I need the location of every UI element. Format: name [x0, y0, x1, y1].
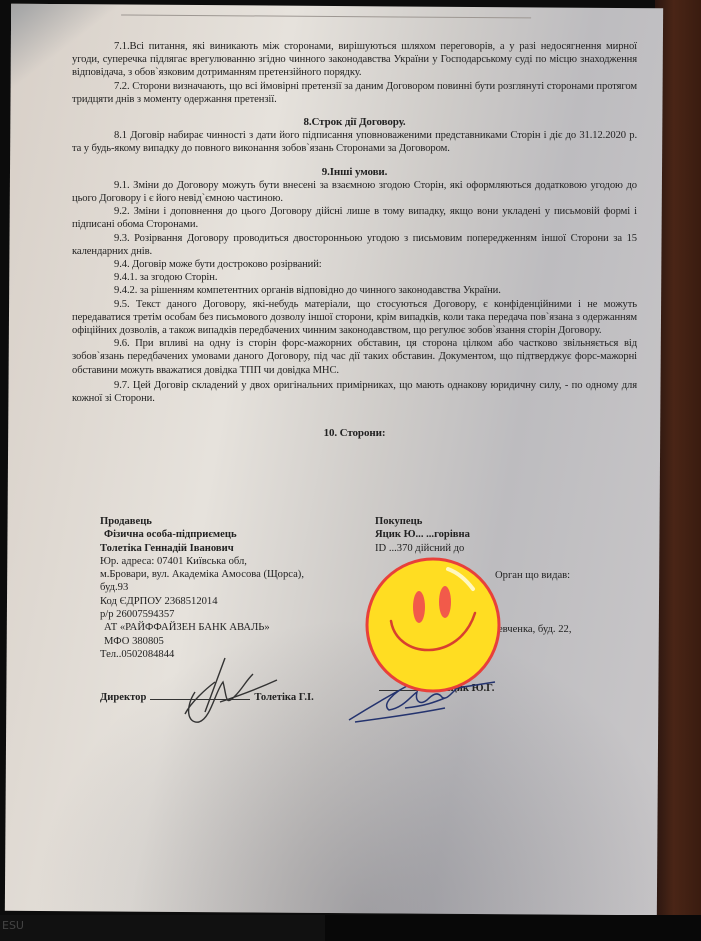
clause-9-2: 9.2. Зміни і доповнення до цього Договор… — [72, 205, 637, 231]
clause-9-7: 9.7. Цей Договір складений у двох оригін… — [72, 379, 637, 405]
smiley-face-sticker — [363, 555, 503, 695]
clause-9-4-1: 9.4.1. за згодою Сторін. — [72, 271, 637, 284]
clause-9-4: 9.4. Договір може бути достроково розірв… — [72, 258, 637, 271]
seller-mfo: МФО 380805 — [100, 635, 370, 648]
footer-label: ESU — [2, 919, 24, 932]
seller-edrpou: Код ЄДРПОУ 2368512014 — [100, 595, 370, 608]
seller-address-1: Юр. адреса: 07401 Київська обл, — [100, 555, 370, 568]
seller-account: р/р 26007594357 — [100, 608, 370, 621]
seller-address-2: м.Бровари, вул. Академіка Амосова (Щорса… — [100, 568, 370, 581]
footer-dark-region — [325, 915, 701, 941]
section-9-heading: 9.Інші умови. — [72, 166, 637, 179]
clause-8-1: 8.1 Договір набирає чинності з дати його… — [72, 129, 637, 155]
previous-page-edge — [121, 15, 531, 19]
clause-7-1: 7.1.Всі питання, які виникають між сторо… — [72, 40, 637, 80]
seller-type: Фізична особа-підприємець — [100, 528, 370, 541]
clause-9-4-2: 9.4.2. за рішенням компетентних органів … — [72, 284, 637, 297]
clause-9-1: 9.1. Зміни до Договору можуть бути внесе… — [72, 179, 637, 205]
clause-9-5: 9.5. Текст даного Договору, які-небудь м… — [72, 298, 637, 338]
clause-9-3: 9.3. Розірвання Договору проводиться дво… — [72, 232, 637, 258]
buyer-name: Яцик Ю... ...горівна — [375, 528, 645, 541]
seller-signature — [165, 652, 285, 732]
buyer-role: Покупець — [375, 515, 645, 528]
smiley-right-eye — [439, 586, 451, 618]
clause-7-2: 7.2. Сторони визначають, що всі ймовірні… — [72, 80, 637, 106]
buyer-id: ID ...370 дійсний до — [375, 542, 645, 555]
smiley-left-eye — [413, 591, 425, 623]
seller-sign-title: Директор — [100, 692, 146, 703]
section-10-heading: 10. Сторони: — [72, 427, 637, 440]
seller-bank: АТ «РАЙФФАЙЗЕН БАНК АВАЛЬ» — [100, 621, 370, 634]
clause-9-6: 9.6. При впливі на одну із сторін форс-м… — [72, 337, 637, 377]
section-8-heading: 8.Строк дії Договору. — [72, 116, 637, 129]
contract-body: 7.1.Всі питання, які виникають між сторо… — [72, 40, 637, 440]
seller-name: Толетіка Геннадій Іванович — [100, 542, 370, 555]
bottom-bar: ESU — [0, 915, 701, 941]
seller-address-3: буд.93 — [100, 581, 370, 594]
seller-role: Продавець — [100, 515, 370, 528]
